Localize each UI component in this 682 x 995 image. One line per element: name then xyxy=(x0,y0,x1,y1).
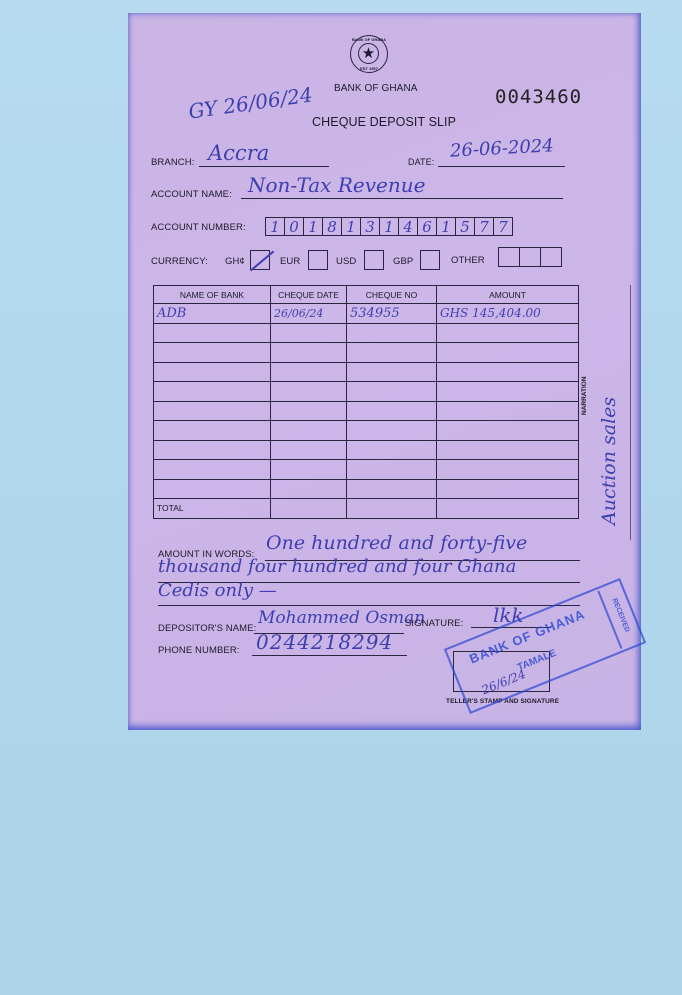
narration-label: NARRATION xyxy=(581,376,588,415)
amount-in-words-line-1[interactable]: One hundred and forty-five xyxy=(266,532,527,554)
currency-ghc-label: GH¢ xyxy=(225,256,245,267)
signature-label: SIGNATURE: xyxy=(405,618,463,629)
cheque-deposit-slip: BANK OF GHANA ★ EST 1957 BANK OF GHANA 0… xyxy=(128,13,641,730)
table-row xyxy=(154,382,579,402)
cell-bank[interactable] xyxy=(154,460,271,480)
cell-amount[interactable]: GHS 145,404.00 xyxy=(437,304,579,324)
depositor-name-field[interactable]: Mohammed Osman xyxy=(258,608,425,628)
serial-number: 0043460 xyxy=(495,86,582,108)
account-name-field[interactable]: Non-Tax Revenue xyxy=(248,173,425,197)
branch-field[interactable]: Accra xyxy=(208,141,269,165)
phone-number-field[interactable]: 0244218294 xyxy=(256,630,393,654)
cell-amount[interactable] xyxy=(437,382,579,402)
institution-name: BANK OF GHANA xyxy=(334,83,418,94)
table-row xyxy=(154,421,579,441)
cell-cheque-no[interactable]: 534955 xyxy=(347,304,437,324)
cell-amount[interactable] xyxy=(437,440,579,460)
seal-ring-text: BANK OF GHANA xyxy=(351,37,387,42)
cell-cheque-date[interactable]: 26/06/24 xyxy=(271,304,347,324)
narration-column-border xyxy=(630,285,631,540)
branch-line xyxy=(199,166,329,167)
cell-amount[interactable] xyxy=(437,343,579,363)
account-digit[interactable]: 6 xyxy=(417,217,437,236)
date-line xyxy=(438,166,565,167)
total-blank xyxy=(271,499,347,519)
column-header-bank: NAME OF BANK xyxy=(154,286,271,304)
currency-other-box-3[interactable] xyxy=(540,247,562,267)
account-digit[interactable]: 1 xyxy=(341,217,361,236)
table-total-row: TOTAL xyxy=(154,499,579,519)
account-number-boxes[interactable]: 1 0 1 8 1 3 1 4 6 1 5 7 7 xyxy=(266,217,513,236)
account-digit[interactable]: 1 xyxy=(436,217,456,236)
cell-bank[interactable] xyxy=(154,343,271,363)
cell-bank[interactable] xyxy=(154,382,271,402)
depositor-name-label: DEPOSITOR'S NAME: xyxy=(158,623,256,634)
currency-eur-label: EUR xyxy=(280,256,300,267)
table-row xyxy=(154,440,579,460)
cell-bank[interactable] xyxy=(154,362,271,382)
cheque-table: NAME OF BANK CHEQUE DATE CHEQUE NO AMOUN… xyxy=(153,285,579,519)
cell-cheque-no[interactable] xyxy=(347,421,437,441)
account-digit[interactable]: 4 xyxy=(398,217,418,236)
cell-amount[interactable] xyxy=(437,460,579,480)
cell-cheque-no[interactable] xyxy=(347,440,437,460)
currency-ghc-checkbox[interactable] xyxy=(250,250,270,270)
currency-gbp-checkbox[interactable] xyxy=(420,250,440,270)
currency-label: CURRENCY: xyxy=(151,256,208,267)
initials-note: GY 26/06/24 xyxy=(187,82,314,123)
account-name-label: ACCOUNT NAME: xyxy=(151,189,232,200)
currency-other-box-2[interactable] xyxy=(519,247,541,267)
date-label: DATE: xyxy=(408,157,434,167)
table-row xyxy=(154,343,579,363)
cell-cheque-no[interactable] xyxy=(347,460,437,480)
table-header-row: NAME OF BANK CHEQUE DATE CHEQUE NO AMOUN… xyxy=(154,286,579,304)
cell-bank[interactable] xyxy=(154,479,271,499)
cell-cheque-no[interactable] xyxy=(347,362,437,382)
account-digit[interactable]: 5 xyxy=(455,217,475,236)
cell-cheque-date[interactable] xyxy=(271,460,347,480)
table-row xyxy=(154,362,579,382)
account-name-line xyxy=(241,198,563,199)
cell-bank[interactable] xyxy=(154,421,271,441)
cell-cheque-no[interactable] xyxy=(347,401,437,421)
table-row xyxy=(154,460,579,480)
cell-cheque-date[interactable] xyxy=(271,362,347,382)
checkmark-slash-icon xyxy=(250,251,274,271)
table-row xyxy=(154,323,579,343)
cell-cheque-date[interactable] xyxy=(271,382,347,402)
account-digit[interactable]: 8 xyxy=(322,217,342,236)
account-digit[interactable]: 7 xyxy=(493,217,513,236)
cell-bank[interactable] xyxy=(154,401,271,421)
currency-eur-checkbox[interactable] xyxy=(308,250,328,270)
cell-bank[interactable]: ADB xyxy=(154,304,271,324)
seal-established-text: EST 1957 xyxy=(351,66,387,71)
account-digit[interactable]: 3 xyxy=(360,217,380,236)
currency-other-box-1[interactable] xyxy=(498,247,520,267)
currency-usd-checkbox[interactable] xyxy=(364,250,384,270)
cell-amount[interactable] xyxy=(437,362,579,382)
cell-amount[interactable] xyxy=(437,401,579,421)
amount-in-words-line-2[interactable]: thousand four hundred and four Ghana xyxy=(158,556,516,577)
table-row: ADB 26/06/24 534955 GHS 145,404.00 xyxy=(154,304,579,324)
cell-cheque-no[interactable] xyxy=(347,479,437,499)
cell-cheque-date[interactable] xyxy=(271,401,347,421)
cell-cheque-date[interactable] xyxy=(271,323,347,343)
cell-amount[interactable] xyxy=(437,479,579,499)
account-digit[interactable]: 1 xyxy=(265,217,285,236)
cell-bank[interactable] xyxy=(154,440,271,460)
cell-amount[interactable] xyxy=(437,421,579,441)
total-label: TOTAL xyxy=(154,499,271,519)
account-number-label: ACCOUNT NUMBER: xyxy=(151,222,246,233)
account-digit[interactable]: 1 xyxy=(303,217,323,236)
slip-title: CHEQUE DEPOSIT SLIP xyxy=(312,115,456,129)
cell-cheque-date[interactable] xyxy=(271,421,347,441)
currency-other-label: OTHER xyxy=(451,255,485,266)
branch-label: BRANCH: xyxy=(151,157,194,168)
cell-cheque-no[interactable] xyxy=(347,382,437,402)
bank-of-ghana-seal-icon: BANK OF GHANA ★ EST 1957 xyxy=(350,35,388,73)
cell-bank[interactable] xyxy=(154,323,271,343)
narration-field[interactable]: Auction sales xyxy=(598,397,620,525)
column-header-cheque-date: CHEQUE DATE xyxy=(271,286,347,304)
account-digit[interactable]: 0 xyxy=(284,217,304,236)
cell-cheque-date[interactable] xyxy=(271,343,347,363)
phone-number-line xyxy=(252,655,407,656)
phone-number-label: PHONE NUMBER: xyxy=(158,645,240,656)
column-header-amount: AMOUNT xyxy=(437,286,579,304)
account-digit[interactable]: 7 xyxy=(474,217,494,236)
total-blank xyxy=(347,499,437,519)
currency-usd-label: USD xyxy=(336,256,356,267)
total-amount[interactable] xyxy=(437,499,579,519)
amount-in-words-line-3[interactable]: Cedis only — xyxy=(158,580,277,601)
star-icon: ★ xyxy=(358,43,379,64)
currency-gbp-label: GBP xyxy=(393,256,413,267)
cell-cheque-date[interactable] xyxy=(271,440,347,460)
cell-cheque-date[interactable] xyxy=(271,479,347,499)
account-digit[interactable]: 1 xyxy=(379,217,399,236)
table-row xyxy=(154,479,579,499)
cell-cheque-no[interactable] xyxy=(347,343,437,363)
column-header-cheque-no: CHEQUE NO xyxy=(347,286,437,304)
received-stamp: BANK OF GHANA TAMALE RECEIVED 26/6/24 xyxy=(444,578,646,714)
date-field[interactable]: 26-06-2024 xyxy=(450,135,555,161)
table-row xyxy=(154,401,579,421)
cell-amount[interactable] xyxy=(437,323,579,343)
cell-cheque-no[interactable] xyxy=(347,323,437,343)
